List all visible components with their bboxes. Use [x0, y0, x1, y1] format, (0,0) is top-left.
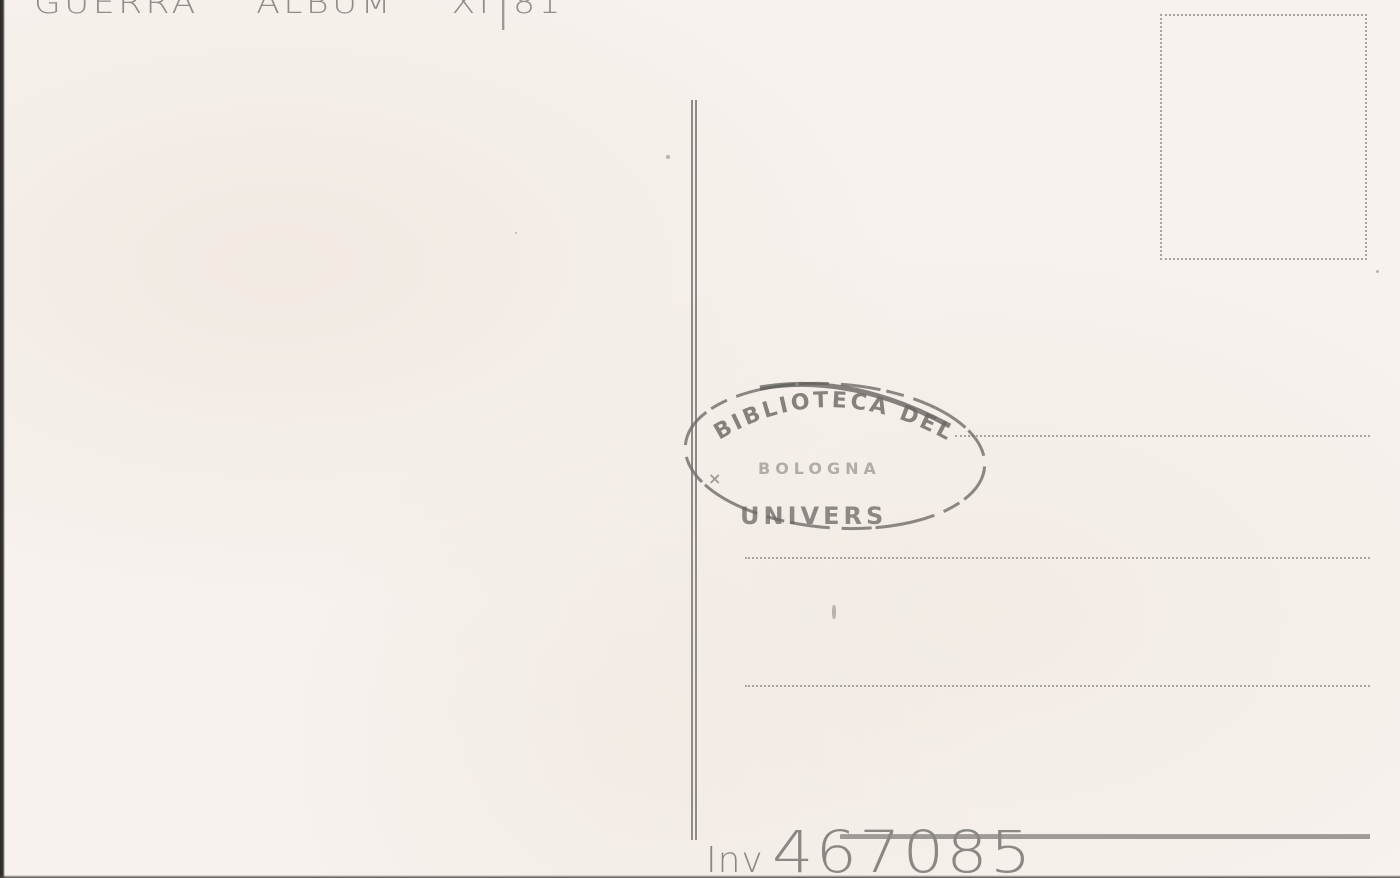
- note-word-1: GUERRA: [34, 0, 199, 21]
- paper-speck: [515, 232, 517, 234]
- postcard-back: GUERRA ALBUM XI81 BIBLIOTECA DEL BOLOGNA…: [0, 0, 1400, 878]
- note-separator: [502, 0, 504, 30]
- stamp-line-2: BOLOGNA: [758, 459, 881, 478]
- postage-stamp-box: [1160, 14, 1367, 260]
- inventory-label: Inv: [706, 840, 764, 878]
- note-page: 81: [513, 0, 564, 21]
- svg-text:⨯: ⨯: [708, 469, 721, 488]
- address-line-2: [745, 557, 1370, 559]
- address-line-1: [955, 435, 1370, 437]
- inventory-number: 467085: [772, 818, 1033, 878]
- address-line-3: [745, 685, 1370, 687]
- note-volume: XI: [452, 0, 493, 21]
- paper-speck: [832, 605, 836, 619]
- stamp-line-3: UNIVERS: [740, 502, 887, 530]
- note-word-2: ALBUM: [256, 0, 394, 21]
- scan-left-edge: [0, 0, 5, 878]
- paper-speck: [1376, 270, 1379, 273]
- stamp-line-1: BIBLIOTECA DEL: [710, 388, 959, 447]
- inventory-number-note: Inv467085: [706, 818, 1005, 878]
- library-ink-stamp: BIBLIOTECA DEL BOLOGNA UNIVERS ⨯: [680, 376, 992, 536]
- paper-speck: [666, 155, 670, 159]
- pencil-note-top: GUERRA ALBUM XI81: [34, 0, 564, 30]
- svg-text:BIBLIOTECA DEL: BIBLIOTECA DEL: [710, 388, 959, 447]
